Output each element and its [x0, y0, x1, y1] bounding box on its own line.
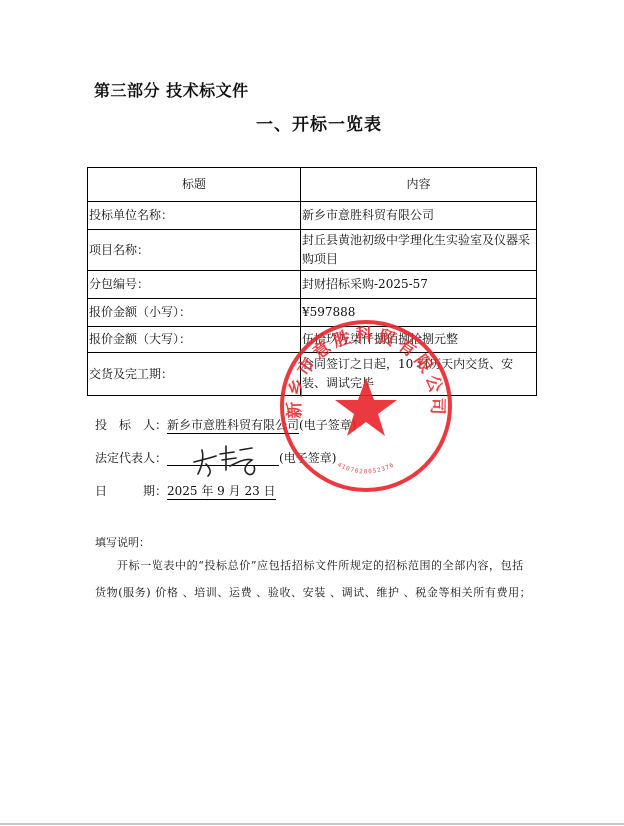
bidder-line: 投 标 人：新乡市意胜科贸有限公司(电子签章): [95, 416, 356, 433]
signature-line: [167, 451, 279, 466]
part-title: 第三部分 技术标文件: [94, 78, 249, 101]
table-row: 投标单位名称： 新乡市意胜科贸有限公司: [88, 202, 537, 230]
legal-rep-label: 法定代表人：: [95, 449, 167, 466]
notes-body: 开标一览表中的“投标总价”应包括招标文件所规定的招标范围的全部内容，包括货物(服…: [95, 552, 535, 606]
bidder-label: 投 标 人：: [95, 416, 167, 433]
bid-summary-table: 标题 内容 投标单位名称： 新乡市意胜科贸有限公司 项目名称： 封丘县黄池初级中…: [87, 167, 537, 396]
date-label: 日 期：: [95, 482, 167, 499]
legal-rep-line: 法定代表人：(电子签章): [95, 449, 336, 466]
stamp-serial: 4107020052376: [336, 461, 396, 475]
svg-text:4107020052376: 4107020052376: [336, 461, 396, 475]
notes-title: 填写说明：: [95, 534, 150, 550]
column-header-content: 内容: [301, 168, 537, 202]
table-row: 交货及完工期： 合同签订之日起，10 日历天内交货、安装、调试完毕: [88, 353, 537, 396]
row-value-project: 封丘县黄池初级中学理化生实验室及仪器采购项目: [301, 230, 537, 271]
date-line: 日 期：2025 年 9 月 23 日: [95, 482, 276, 499]
row-label-price-words: 报价金额（大写）：: [88, 327, 301, 353]
row-value-delivery: 合同签订之日起，10 日历天内交货、安装、调试完毕: [301, 353, 537, 396]
row-label-package: 分包编号：: [88, 271, 301, 299]
section-title: 一、开标一览表: [256, 110, 382, 135]
row-label-delivery: 交货及完工期：: [88, 353, 301, 396]
row-value-package: 封财招标采购-2025-57: [301, 271, 537, 299]
legal-rep-seal-note: (电子签章): [279, 451, 336, 465]
table-row: 报价金额（大写）： 伍拾玖万柒仟捌佰捌拾捌元整: [88, 327, 537, 353]
bidder-value: 新乡市意胜科贸有限公司: [167, 418, 299, 434]
page-edge-divider: [0, 823, 624, 825]
table-row: 项目名称： 封丘县黄池初级中学理化生实验室及仪器采购项目: [88, 230, 537, 271]
row-value-bidder: 新乡市意胜科贸有限公司: [301, 202, 537, 230]
date-value: 2025 年 9 月 23 日: [167, 484, 276, 500]
table-row: 分包编号： 封财招标采购-2025-57: [88, 271, 537, 299]
column-header-title: 标题: [88, 168, 301, 202]
row-label-bidder: 投标单位名称：: [88, 202, 301, 230]
table-header-row: 标题 内容: [88, 168, 537, 202]
table-row: 报价金额（小写）： ¥597888: [88, 299, 537, 327]
row-label-project: 项目名称：: [88, 230, 301, 271]
row-value-price-numeric: ¥597888: [301, 299, 537, 327]
bidder-seal-note: (电子签章): [299, 418, 356, 432]
row-label-price-numeric: 报价金额（小写）：: [88, 299, 301, 327]
row-value-price-words: 伍拾玖万柒仟捌佰捌拾捌元整: [301, 327, 537, 353]
